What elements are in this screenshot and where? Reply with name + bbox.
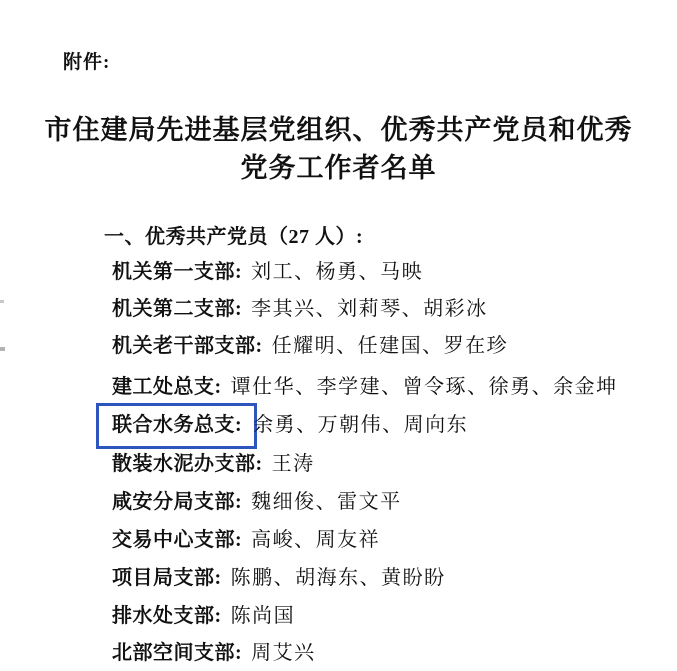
branch-label: 机关老干部支部: — [112, 335, 263, 357]
list-item: 机关第二支部:李其兴、刘莉琴、胡彩冰 — [112, 298, 667, 322]
branch-label: 北部空间支部: — [112, 642, 242, 664]
member-names: 陈尚国 — [231, 605, 296, 627]
branch-label: 建工处总支: — [112, 376, 222, 398]
member-names: 余勇、万朝伟、周向东 — [253, 414, 468, 436]
member-names: 周艾兴 — [251, 642, 316, 664]
list-item: 机关第一支部:刘工、杨勇、马映 — [112, 261, 667, 285]
member-names: 李其兴、刘莉琴、胡彩冰 — [251, 298, 488, 320]
branch-label: 机关第一支部: — [112, 261, 242, 283]
entries-list: 机关第一支部:刘工、杨勇、马映机关第二支部:李其兴、刘莉琴、胡彩冰机关老干部支部… — [0, 0, 677, 671]
list-item: 北部空间支部:周艾兴 — [112, 642, 667, 666]
list-item: 项目局支部:陈鹏、胡海东、黄盼盼 — [112, 567, 667, 591]
member-names: 谭仕华、李学建、曾令琢、徐勇、余金坤 — [231, 376, 618, 398]
list-item: 建工处总支:谭仕华、李学建、曾令琢、徐勇、余金坤 — [112, 376, 667, 400]
branch-label: 散装水泥办支部: — [112, 453, 263, 475]
list-item: 排水处支部:陈尚国 — [112, 605, 667, 629]
member-names: 刘工、杨勇、马映 — [251, 261, 423, 283]
member-names: 陈鹏、胡海东、黄盼盼 — [231, 567, 446, 589]
list-item-highlighted: 联合水务总支:余勇、万朝伟、周向东 — [112, 414, 667, 438]
branch-label: 排水处支部: — [112, 605, 222, 627]
member-names: 任耀明、任建国、罗在珍 — [272, 335, 509, 357]
list-item: 咸安分局支部:魏细俊、雷文平 — [112, 491, 667, 515]
member-names: 高峻、周友祥 — [251, 529, 380, 551]
branch-label: 联合水务总支: — [96, 403, 257, 449]
branch-label: 机关第二支部: — [112, 298, 242, 320]
branch-label: 交易中心支部: — [112, 529, 242, 551]
list-item: 交易中心支部:高峻、周友祥 — [112, 529, 667, 553]
list-item: 散装水泥办支部:王涛 — [112, 453, 667, 477]
member-names: 魏细俊、雷文平 — [251, 491, 402, 513]
member-names: 王涛 — [272, 453, 315, 475]
branch-label: 项目局支部: — [112, 567, 222, 589]
document-page: 附件: 市住建局先进基层党组织、优秀共产党员和优秀 党务工作者名单 一、优秀共产… — [0, 0, 677, 671]
branch-label: 咸安分局支部: — [112, 491, 242, 513]
list-item: 机关老干部支部:任耀明、任建国、罗在珍 — [112, 335, 667, 359]
